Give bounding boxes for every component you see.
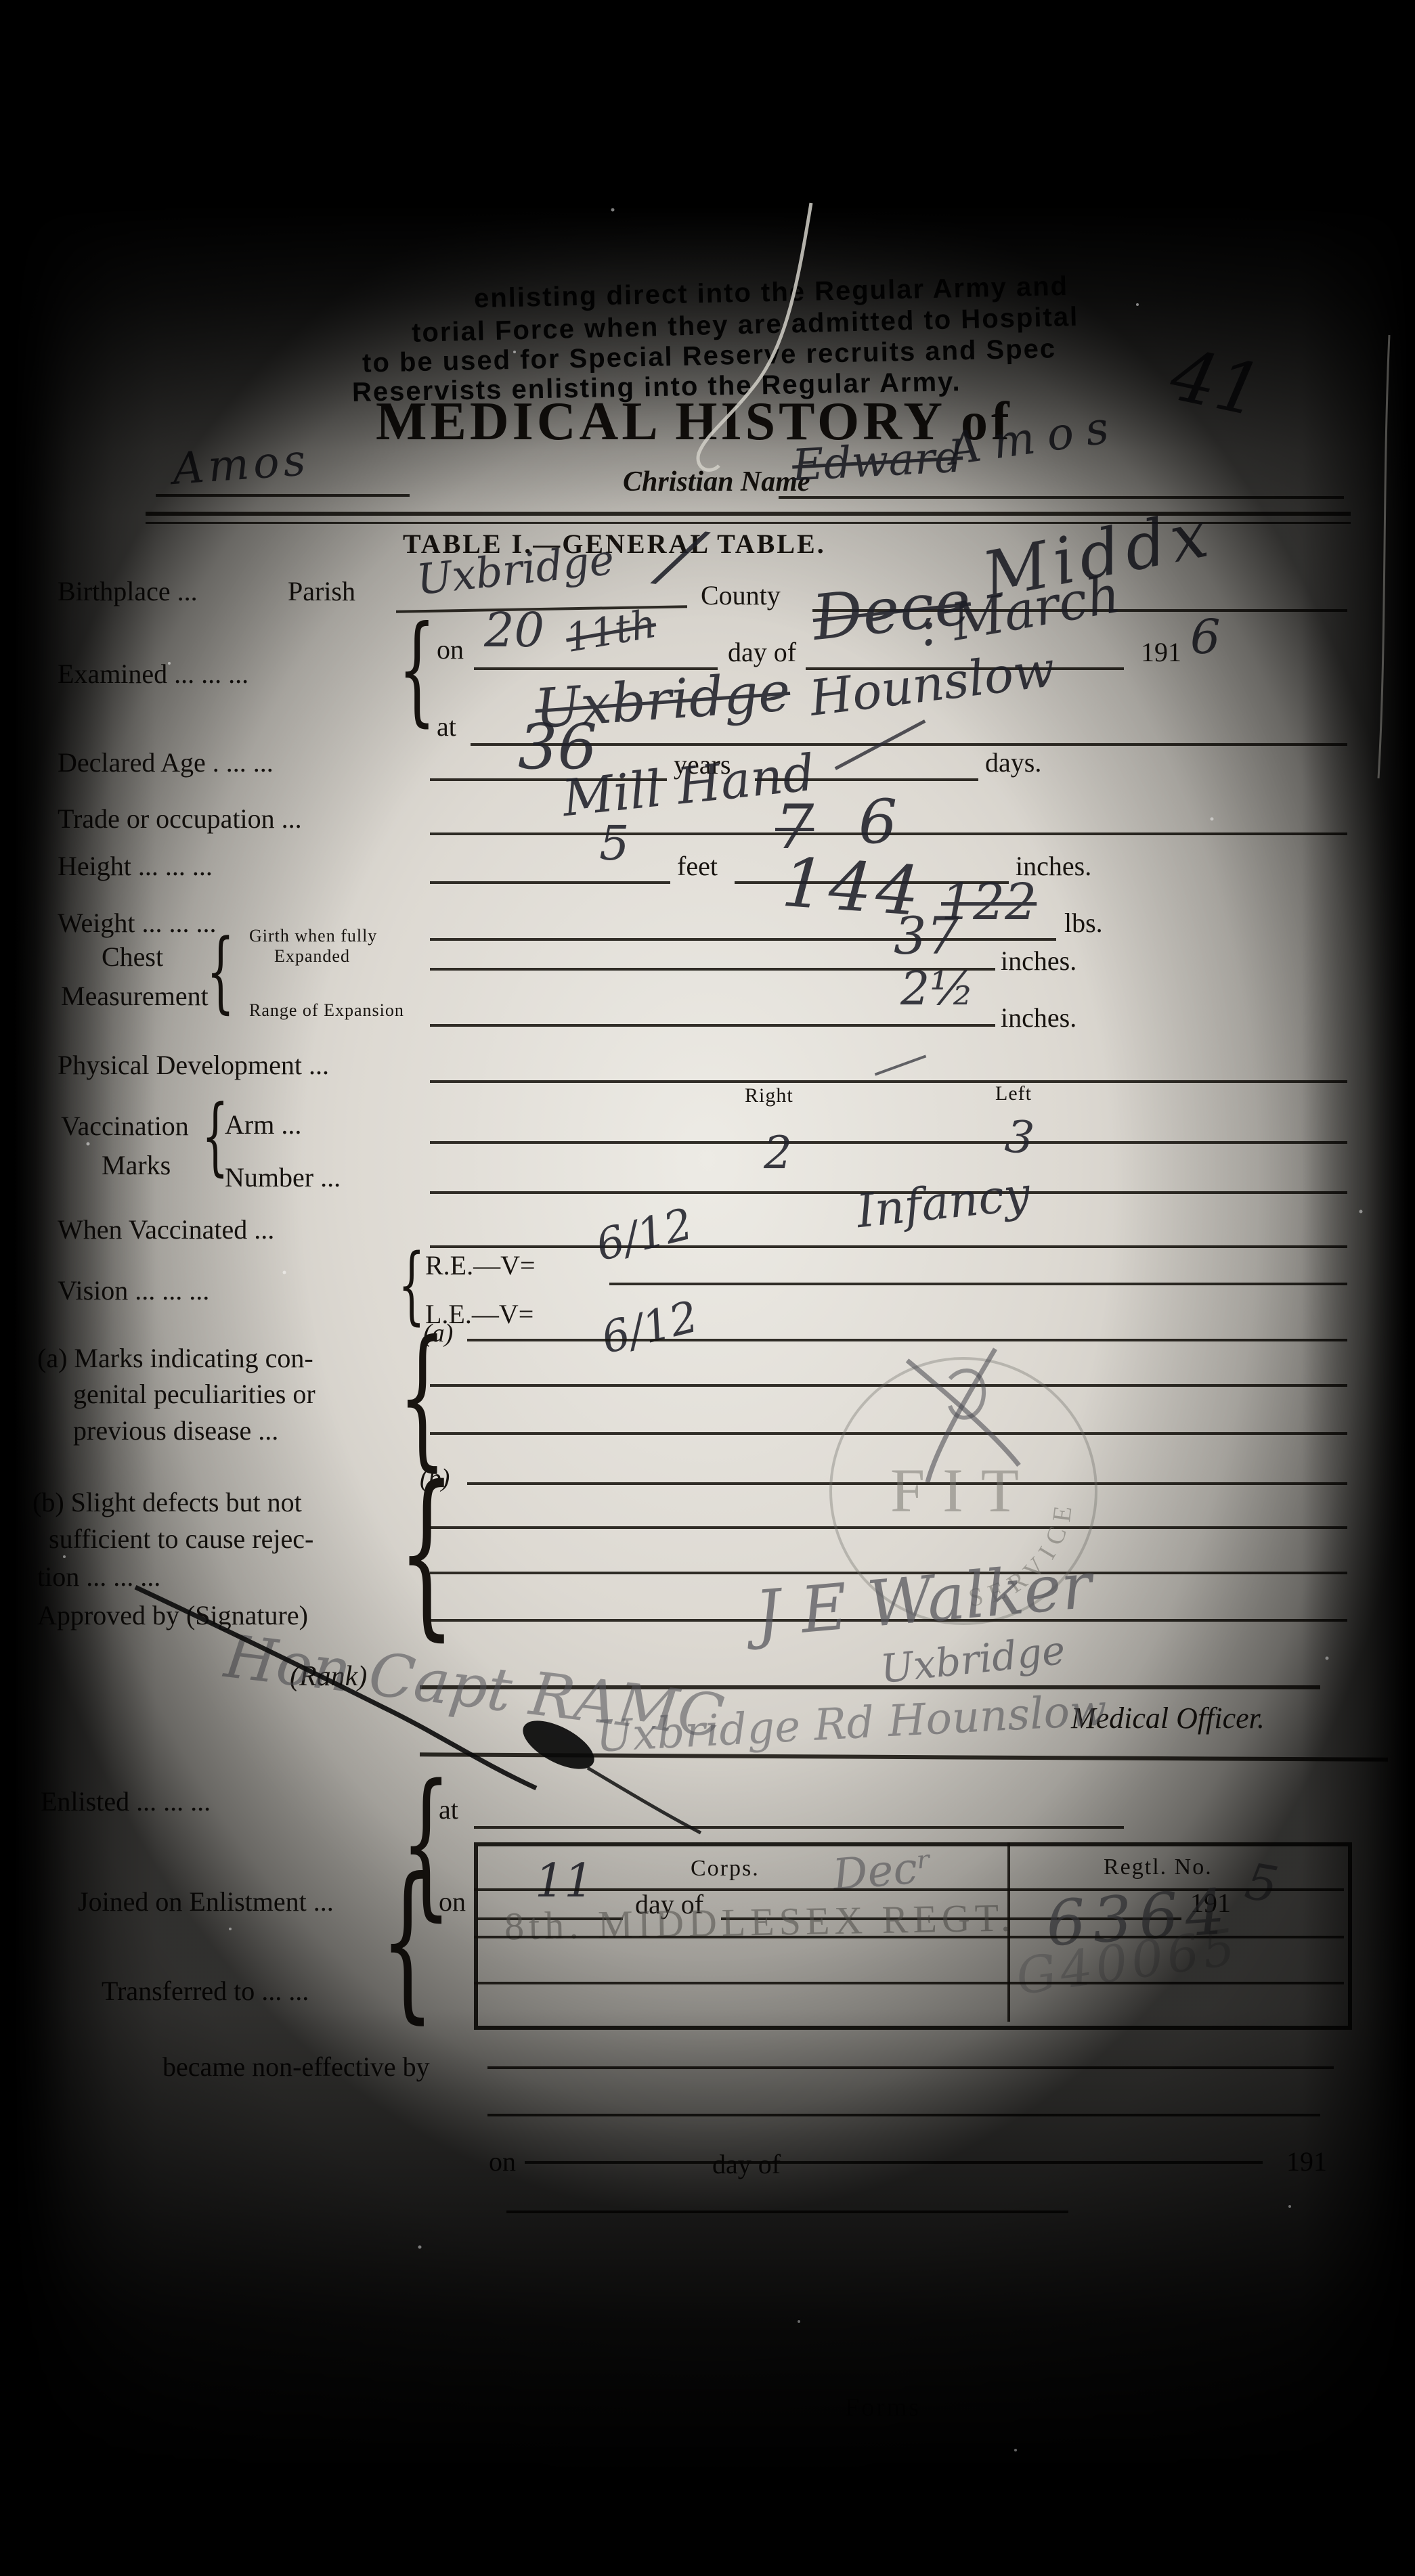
- vaccination-label-line1: Vaccination: [61, 1110, 189, 1142]
- bottom-faint-text: Forms: [845, 2393, 921, 2422]
- height-feet-value: 5: [599, 816, 630, 871]
- marks-a-label-line1: (a) Marks indicating con-: [37, 1342, 313, 1374]
- defects-b-label-line1: (b) Slight defects but not: [32, 1486, 302, 1518]
- physical-development-label: Physical Development ...: [58, 1049, 329, 1081]
- brace: {: [206, 927, 234, 1015]
- height-label: Height ... ... ...: [58, 850, 213, 882]
- field-line: [487, 2066, 1334, 2069]
- brace: {: [380, 1856, 435, 2025]
- examined-year-value: 6: [1190, 609, 1221, 665]
- parish-label: Parish: [288, 575, 355, 607]
- field-line: [430, 1245, 1347, 1248]
- when-vaccinated-label: When Vaccinated ...: [58, 1214, 274, 1245]
- examined-on-label: on: [437, 634, 464, 665]
- regtl-no-header: Regtl. No.: [1104, 1855, 1213, 1880]
- range-value: 2½: [900, 962, 974, 1016]
- arm-label: Arm ...: [225, 1109, 301, 1140]
- field-line: [156, 494, 410, 497]
- girth-unit-label: inches.: [1001, 945, 1076, 977]
- defects-b-label-line2: sufficient to cause rejec-: [49, 1523, 313, 1555]
- field-line: [430, 1141, 1347, 1144]
- range-unit-label: inches.: [1001, 1002, 1076, 1034]
- final-on-label: on: [489, 2146, 516, 2177]
- examined-at-label: at: [437, 711, 456, 742]
- examined-day-value: 20: [484, 602, 544, 658]
- joined-on-enlistment-label: Joined on Enlistment ...: [78, 1886, 334, 1917]
- right-column-header: Right: [745, 1084, 793, 1107]
- range-label: Range of Expansion: [249, 1000, 404, 1021]
- field-line: [430, 938, 1056, 941]
- brace: {: [398, 610, 436, 729]
- corps-header: Corps.: [691, 1856, 760, 1882]
- corps-stamp-value: 8th. MIDDLESEX REGT.: [504, 1894, 1015, 1949]
- right-eye-label: R.E.—V=: [425, 1249, 536, 1281]
- examined-label: Examined ... ... ...: [58, 658, 248, 690]
- pencil-mark: [907, 1360, 1019, 1465]
- enlisted-at-label: at: [439, 1794, 458, 1825]
- examined-year-printed: 191: [1141, 636, 1181, 668]
- lbs-label: lbs.: [1064, 907, 1103, 939]
- non-effective-label: became non-effective by: [162, 2051, 430, 2083]
- marks-a-label-line2: genital peculiarities or: [73, 1378, 315, 1410]
- girth-value: 37: [894, 906, 959, 966]
- trade-label: Trade or occupation ...: [58, 803, 302, 835]
- defects-b-tag: (b): [420, 1463, 450, 1493]
- field-line: [430, 1024, 995, 1027]
- table-row-line: [474, 1982, 1344, 1984]
- field-line: [487, 2114, 1320, 2116]
- field-line: [430, 881, 670, 884]
- marks-a-tag: (a): [423, 1318, 453, 1348]
- final-year-printed: 191: [1286, 2146, 1327, 2177]
- field-line: [430, 1080, 1347, 1083]
- vaccination-right-value: 2: [764, 1127, 792, 1179]
- weight-label: Weight ... ... ...: [58, 907, 217, 939]
- number-label: Number ...: [225, 1161, 341, 1193]
- vaccination-label-line2: Marks: [102, 1149, 171, 1181]
- christian-name-label: Christian Name: [623, 466, 810, 498]
- field-line: [471, 743, 1347, 746]
- field-line: [474, 1826, 1124, 1829]
- surname-handwritten: Amos: [171, 435, 311, 495]
- days-label: days.: [985, 747, 1041, 778]
- vision-label: Vision ... ... ...: [58, 1274, 209, 1306]
- county-label: County: [701, 579, 781, 611]
- height-inches-value: 6: [858, 786, 897, 858]
- final-dayof-label: day of: [712, 2148, 781, 2180]
- transferred-to-label: Transferred to ... ...: [102, 1975, 309, 2007]
- scanned-medical-history-form: enlisting direct into the Regular Army a…: [0, 0, 1415, 2576]
- field-line: [525, 2161, 1263, 2164]
- field-line: [506, 2211, 1068, 2213]
- feet-label: feet: [677, 850, 718, 882]
- birthplace-label: Birthplace ...: [58, 575, 198, 607]
- field-line: [779, 496, 1344, 499]
- enlisted-on-label: on: [439, 1886, 466, 1917]
- field-line: [609, 1283, 1347, 1285]
- defects-b-label-line3: tion ... ... ...: [37, 1561, 160, 1593]
- stamp-fit-text: FIT: [890, 1456, 1037, 1525]
- left-column-header: Left: [995, 1082, 1032, 1105]
- chest-label-line1: Chest: [102, 941, 163, 973]
- enlisted-label: Enlisted ... ... ...: [41, 1785, 211, 1817]
- christian-name-struck: Edward: [791, 432, 964, 491]
- marks-a-label-line3: previous disease ...: [73, 1415, 278, 1446]
- vaccination-left-value: 3: [1003, 1110, 1037, 1165]
- girth-label-line2: Expanded: [274, 946, 350, 967]
- declared-age-label: Declared Age . ... ...: [58, 747, 274, 778]
- girth-label-line1: Girth when fully: [249, 926, 377, 946]
- chest-label-line2: Measurement: [61, 980, 209, 1012]
